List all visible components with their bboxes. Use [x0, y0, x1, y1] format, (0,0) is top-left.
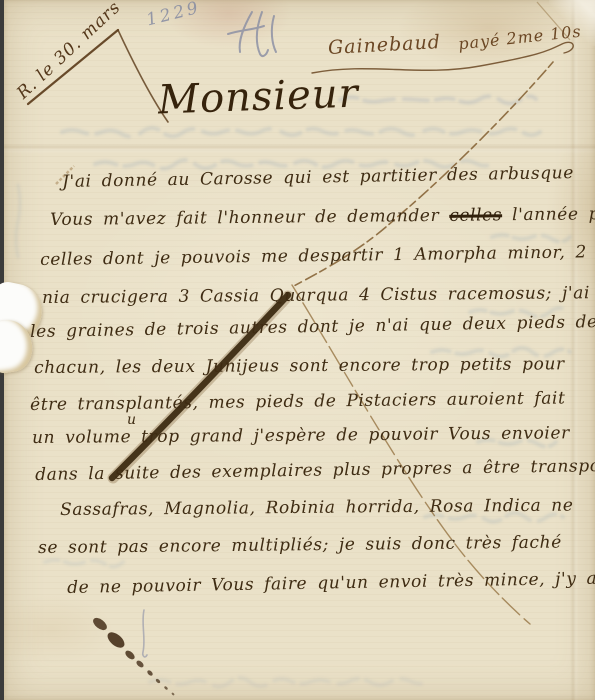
scanned-letter-photo: R. le 30. mars 1229 Gainebaud payé 2me 1… [0, 0, 595, 700]
line-text: l'année passée [502, 204, 595, 226]
struck-word: celles [449, 205, 502, 226]
inserted-letter-above-line: u [127, 412, 136, 428]
letter-salutation: Monsieur [157, 71, 359, 124]
line-text: Vous m'avez fait l'honneur de demander [50, 206, 449, 230]
letter-line: chacun, les deux Junijeus sont encore tr… [34, 354, 565, 378]
